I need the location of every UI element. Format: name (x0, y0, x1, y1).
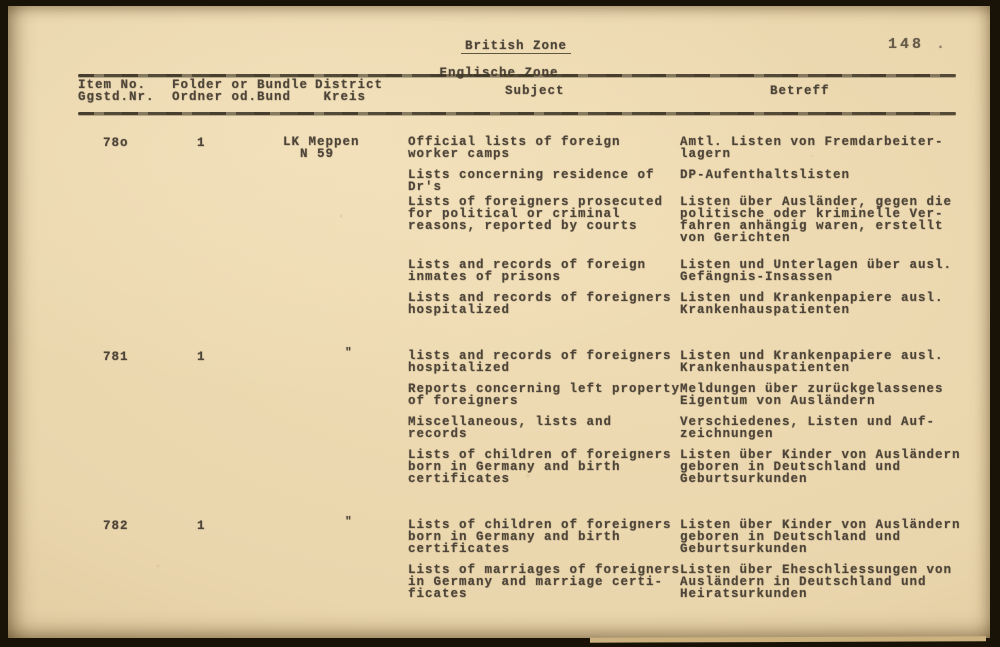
betreff-cell: Listen über Kinder von Ausländern gebore… (680, 519, 990, 555)
subject-cell: Lists and records of foreigners hospital… (408, 292, 688, 316)
table-row: Reports concerning left property of fore… (408, 383, 990, 407)
subject-cell: lists and records of foreigners hospital… (408, 350, 688, 374)
subject-cell: Lists and records of foreign inmates of … (408, 259, 688, 283)
item-number: 781 (103, 351, 129, 363)
subject-cell: Miscellaneous, lists and records (408, 416, 688, 440)
column-header-subject: Subject (505, 85, 565, 97)
subject-cell: Lists of marriages of foreigners in Germ… (408, 564, 688, 600)
subject-cell: Lists of children of foreigners born in … (408, 519, 688, 555)
page-number-mark: . (936, 36, 948, 53)
table-header-row: Item No. Ggstd.Nr. Folder or Bundle Ordn… (8, 79, 990, 109)
table-row: Lists of children of foreigners born in … (408, 519, 990, 555)
table-header-bottom-rule (78, 112, 956, 115)
entry-list: Official lists of foreign worker camps A… (408, 136, 990, 316)
subject-cell: Lists of foreigners prosecuted for polit… (408, 196, 688, 244)
column-header-district: District Kreis (315, 79, 383, 103)
underlying-page-edge (590, 636, 986, 642)
table-row: Lists and records of foreign inmates of … (408, 259, 990, 283)
entry-list: Lists of children of foreigners born in … (408, 519, 990, 600)
table-top-rule (78, 74, 956, 77)
column-header-item-no: Item No. Ggstd.Nr. (78, 79, 155, 103)
betreff-cell: Amtl. Listen von Fremdarbeiter- lagern (680, 136, 990, 160)
item-group-780: 78o 1 LK Meppen N 59 Official lists of f… (8, 136, 990, 316)
page-number-value: 148 (888, 36, 924, 53)
betreff-cell: Listen und Unterlagen über ausl. Gefängn… (680, 259, 990, 283)
table-row: Lists and records of foreigners hospital… (408, 292, 990, 316)
document-page: British Zone Englische Zone 148. Item No… (8, 6, 990, 638)
entry-list: lists and records of foreigners hospital… (408, 350, 990, 485)
district-ditto-mark: " (345, 347, 352, 359)
betreff-cell: Listen und Krankenpapiere ausl. Krankenh… (680, 292, 990, 316)
column-header-betreff: Betreff (770, 85, 830, 97)
page-title-english: British Zone (461, 40, 571, 54)
table-row: Official lists of foreign worker camps A… (408, 136, 990, 160)
table-row: Lists concerning residence of Dr's DP-Au… (408, 169, 990, 193)
table-row: Lists of foreigners prosecuted for polit… (408, 196, 990, 244)
betreff-cell: Listen über Ausländer, gegen die politis… (680, 196, 990, 244)
item-group-781: 781 1 " lists and records of foreigners … (8, 350, 990, 485)
betreff-cell: Listen und Krankenpapiere ausl. Krankenh… (680, 350, 990, 374)
page-title-german: Englische Zone (8, 67, 990, 79)
district-value: LK Meppen N 59 (283, 136, 360, 160)
folder-number: 1 (197, 520, 206, 532)
item-number: 78o (103, 137, 129, 149)
item-group-782: 782 1 " Lists of children of foreigners … (8, 519, 990, 600)
table-body: 78o 1 LK Meppen N 59 Official lists of f… (8, 136, 990, 640)
subject-cell: Reports concerning left property of fore… (408, 383, 688, 407)
betreff-cell: Listen über Kinder von Ausländern gebore… (680, 449, 990, 485)
subject-cell: Lists concerning residence of Dr's (408, 169, 688, 193)
district-ditto-mark: " (345, 516, 352, 528)
item-number: 782 (103, 520, 129, 532)
table-row: lists and records of foreigners hospital… (408, 350, 990, 374)
folder-number: 1 (197, 137, 206, 149)
scan-background: { "page": { "title_en": "British Zone", … (0, 0, 1000, 647)
table-row: Lists of children of foreigners born in … (408, 449, 990, 485)
betreff-cell: Listen über Eheschliessungen von Ausländ… (680, 564, 990, 600)
table-row: Miscellaneous, lists and records Verschi… (408, 416, 990, 440)
betreff-cell: Meldungen über zurückgelassenes Eigentum… (680, 383, 990, 407)
folder-number: 1 (197, 351, 206, 363)
betreff-cell: Verschiedenes, Listen und Auf- zeichnung… (680, 416, 990, 440)
page-number: 148. (888, 36, 948, 53)
subject-cell: Official lists of foreign worker camps (408, 136, 688, 160)
subject-cell: Lists of children of foreigners born in … (408, 449, 688, 485)
betreff-cell: DP-Aufenthaltslisten (680, 169, 990, 193)
column-header-folder: Folder or Bundle Ordner od.Bund (172, 79, 308, 103)
table-row: Lists of marriages of foreigners in Germ… (408, 564, 990, 600)
